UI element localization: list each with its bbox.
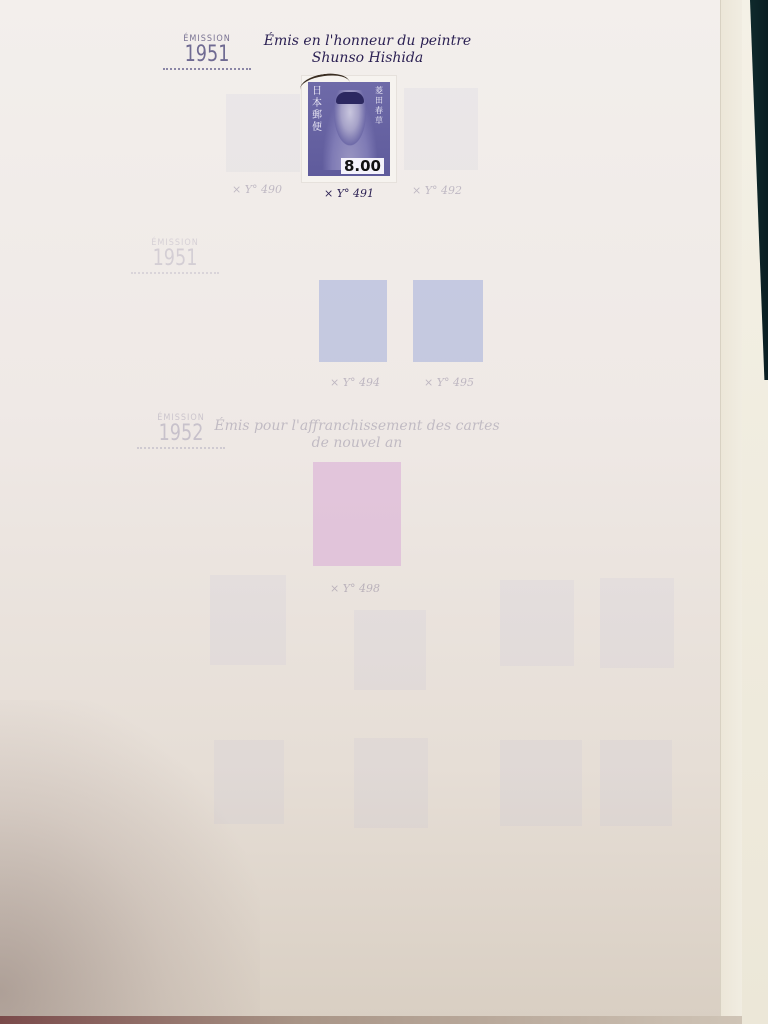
emission-year: 1952: [146, 423, 216, 445]
emission-header-1951: ÉMISSION 1951: [163, 34, 251, 70]
ghost-stamp-pink: [313, 462, 401, 566]
ghost-stamp: [500, 580, 574, 666]
dotted-rule: [163, 68, 251, 70]
ghost-stamp: [214, 740, 284, 824]
ghost-stamp: [600, 740, 672, 826]
ghost-catalog-ref: × Y° 492: [412, 184, 462, 197]
ghost-stamp: [354, 610, 426, 690]
ghost-stamp: [319, 280, 387, 362]
ghost-stamp: [500, 740, 582, 826]
page-fold-edge: [720, 0, 743, 1018]
note-line-1: Émis pour l'affranchissement des cartes: [212, 418, 502, 435]
ghost-catalog-ref: × Y° 495: [424, 376, 474, 389]
catalog-ref: × Y° 491: [324, 187, 374, 200]
ghost-stamp: [210, 575, 286, 665]
note-line-1: Émis en l'honneur du peintre: [250, 33, 485, 50]
ghost-stamp: [413, 280, 483, 362]
note-line-2: de nouvel an: [212, 435, 502, 452]
ghost-stamp-left: [226, 94, 300, 172]
dotted-rule: [131, 272, 219, 274]
subject-text: 菱田春草: [375, 86, 387, 126]
ghost-catalog-ref: × Y° 490: [232, 183, 282, 196]
ghost-catalog-ref: × Y° 494: [330, 376, 380, 389]
ghost-stamp-right: [404, 88, 478, 170]
emission-header-1951-b: ÉMISSION 1951: [131, 238, 219, 274]
stamp-value: 8.00: [341, 158, 384, 174]
handwritten-note: Émis en l'honneur du peintre Shunso Hish…: [250, 33, 485, 67]
ghost-catalog-ref: × Y° 498: [330, 582, 380, 595]
album-page: ÉMISSION 1951 Émis en l'honneur du peint…: [0, 0, 742, 1018]
page-bottom-edge: [0, 1016, 742, 1024]
note-line-2: Shunso Hishida: [250, 50, 485, 67]
emission-year: 1951: [172, 44, 242, 66]
stamp-shunso-hishida: 日本郵便 菱田春草 8.00: [302, 76, 396, 182]
ghost-stamp: [354, 738, 428, 828]
ghost-stamp: [600, 578, 674, 668]
emission-year: 1951: [140, 248, 210, 270]
handwritten-note-faded: Émis pour l'affranchissement des cartes …: [212, 418, 502, 452]
